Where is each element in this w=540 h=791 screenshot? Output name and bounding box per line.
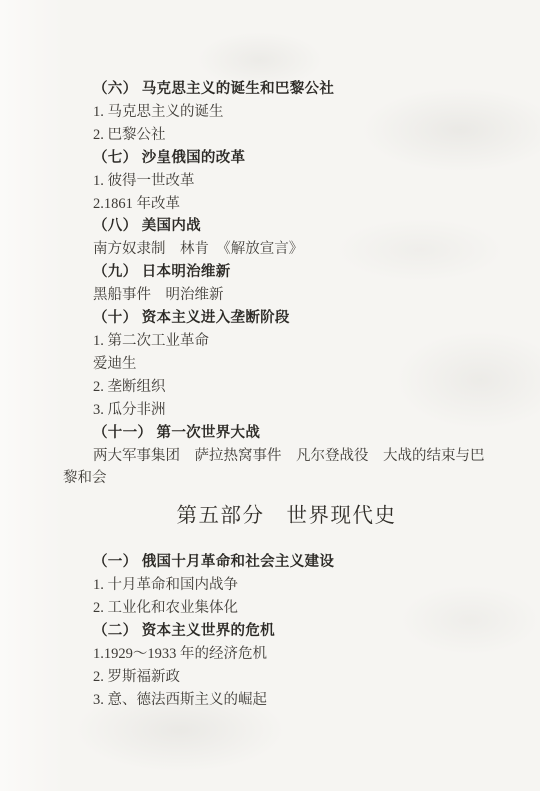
outline-item: 1. 马克思主义的诞生 [63,101,478,124]
part-title: 第五部分 世界现代史 [79,502,494,530]
outline-heading: （十一） 第一次世界大战 [63,422,478,445]
outline-item: 3. 意、德法西斯主义的崛起 [63,689,478,712]
outline-heading: （九） 日本明治维新 [63,261,478,284]
outline-item: 2.1861 年改革 [63,193,478,216]
outline-heading: （二） 资本主义世界的危机 [63,620,478,643]
outline-item: 爱迪生 [63,353,478,376]
outline-heading: （八） 美国内战 [63,215,478,238]
outline-item: 2. 工业化和农业集体化 [63,597,478,620]
outline-item: 黑船事件 明治维新 [63,284,478,307]
outline-item: 2. 巴黎公社 [63,124,478,147]
outline-heading: （一） 俄国十月革命和社会主义建设 [63,551,478,574]
outline-content: （六） 马克思主义的诞生和巴黎公社 1. 马克思主义的诞生 2. 巴黎公社 （七… [63,78,478,712]
outline-item: 2. 罗斯福新政 [63,666,478,689]
outline-item: 1. 彼得一世改革 [63,170,478,193]
outline-item: 1. 第二次工业革命 [63,330,478,353]
outline-item: 2. 垄断组织 [63,376,478,399]
scanned-document-page: （六） 马克思主义的诞生和巴黎公社 1. 马克思主义的诞生 2. 巴黎公社 （七… [0,0,540,791]
outline-heading: （七） 沙皇俄国的改革 [63,147,478,170]
outline-item: 两大军事集团 萨拉热窝事件 凡尔登战役 大战的结束与巴 [63,445,478,468]
outline-heading: （六） 马克思主义的诞生和巴黎公社 [63,78,478,101]
outline-continuation: 黎和会 [63,467,478,490]
outline-item: 1. 十月革命和国内战争 [63,574,478,597]
outline-item: 南方奴隶制 林肯 《解放宣言》 [63,238,478,261]
outline-item: 1.1929～1933 年的经济危机 [63,643,478,666]
outline-heading: （十） 资本主义进入垄断阶段 [63,307,478,330]
outline-item: 3. 瓜分非洲 [63,399,478,422]
